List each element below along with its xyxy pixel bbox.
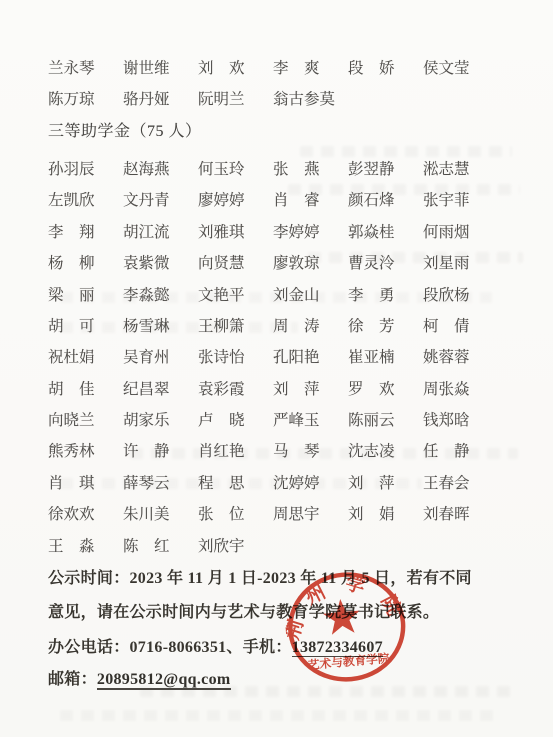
mobile-phone-link[interactable]: 13872334607 [292, 639, 383, 657]
name-row: 向晓兰胡家乐卢 晓严峰玉陈丽云钱郑晗 [48, 403, 518, 434]
student-name: 柯 倩 [423, 314, 471, 336]
name-row: 左凯欣文丹青廖婷婷肖 睿颜石烽张宇菲 [48, 184, 518, 215]
student-name: 刘 娟 [348, 502, 396, 524]
student-name: 熊秀林 [48, 439, 96, 461]
student-name: 周张焱 [423, 377, 471, 399]
student-name: 胡家乐 [123, 408, 171, 430]
student-name: 周思宇 [273, 502, 321, 524]
student-name: 张 位 [198, 502, 246, 524]
student-name: 严峰玉 [273, 408, 321, 430]
student-name: 卢 晓 [198, 408, 246, 430]
student-name: 胡江流 [123, 220, 171, 242]
student-name: 袁紫微 [123, 251, 171, 273]
name-row: 徐欢欢朱川美张 位周思宇刘 娟刘春晖 [48, 498, 518, 529]
phone-line: 办公电话：0716-8066351、手机：13872334607 [48, 631, 518, 664]
name-row: 杨 柳袁紫微向贤慧廖敦琼曹灵泠刘星雨 [48, 246, 518, 277]
student-name: 陈 红 [123, 534, 171, 556]
student-name: 陈丽云 [348, 408, 396, 430]
student-name: 杨雪琳 [123, 314, 171, 336]
name-row: 李 翔胡江流刘雅琪李婷婷郭焱桂何雨烟 [48, 215, 518, 246]
student-name-grid: 孙羽辰赵海燕何玉玲张 燕彭翌静淞志慧左凯欣文丹青廖婷婷肖 睿颜石烽张宇菲李 翔胡… [48, 152, 518, 560]
student-name: 李 勇 [348, 283, 396, 305]
phone-line-label: 办公电话：0716-8066351、手机： [48, 639, 292, 656]
notice-line-2: 意见，请在公示时间内与艺术与教育学院莫书记联系。 [48, 604, 439, 621]
student-name: 马 琴 [273, 439, 321, 461]
student-name: 廖敦琼 [273, 251, 321, 273]
student-name: 骆丹娅 [123, 87, 171, 109]
student-name: 李婷婷 [273, 220, 321, 242]
section-heading: 三等助学金（75 人） [48, 114, 518, 146]
student-name: 杨 柳 [48, 251, 96, 273]
student-name: 刘雅琪 [198, 220, 246, 242]
student-name: 曹灵泠 [348, 251, 396, 273]
student-name: 王柳箫 [198, 314, 246, 336]
student-name: 张诗怡 [198, 345, 246, 367]
student-name: 徐 芳 [348, 314, 396, 336]
name-row: 梁 丽李淼懿文艳平刘金山李 勇段欣杨 [48, 278, 518, 309]
student-name: 袁彩霞 [198, 377, 246, 399]
student-name: 梁 丽 [48, 283, 96, 305]
student-name: 肖 琪 [48, 471, 96, 493]
student-name: 侯文莹 [423, 56, 471, 78]
bleed-through-artifact [60, 710, 498, 721]
student-name: 刘 萍 [348, 471, 396, 493]
student-name: 左凯欣 [48, 188, 96, 210]
email-line: 邮箱：20895812@qq.com [48, 663, 518, 696]
name-row: 王 淼陈 红刘欣宇 [48, 529, 518, 560]
email-link[interactable]: 20895812@qq.com [97, 671, 231, 690]
intro-name-list: 兰永琴谢世维刘 欢李 爽段 娇侯文莹陈万琼骆丹娅阮明兰翁古参莫 [48, 51, 518, 114]
student-name: 何雨烟 [423, 220, 471, 242]
student-name: 陈万琼 [48, 87, 96, 109]
student-name: 姚蓉蓉 [423, 345, 471, 367]
student-name: 文艳平 [198, 283, 246, 305]
email-label: 邮箱： [48, 671, 97, 688]
student-name: 薛琴云 [123, 471, 171, 493]
name-row: 胡 可杨雪琳王柳箫周 涛徐 芳柯 倩 [48, 309, 518, 340]
scanned-document-page: 兰永琴谢世维刘 欢李 爽段 娇侯文莹陈万琼骆丹娅阮明兰翁古参莫 三等助学金（75… [0, 0, 553, 737]
student-name: 孙羽辰 [48, 157, 96, 179]
student-name: 赵海燕 [123, 157, 171, 179]
student-name: 沈志凌 [348, 439, 396, 461]
student-name: 吴育州 [123, 345, 171, 367]
student-name: 廖婷婷 [198, 188, 246, 210]
student-name: 彭翌静 [348, 157, 396, 179]
name-row: 陈万琼骆丹娅阮明兰翁古参莫 [48, 82, 518, 113]
student-name: 孔阳艳 [273, 345, 321, 367]
name-row: 胡 佳纪昌翠袁彩霞刘 萍罗 欢周张焱 [48, 372, 518, 403]
document-content: 兰永琴谢世维刘 欢李 爽段 娇侯文莹陈万琼骆丹娅阮明兰翁古参莫 三等助学金（75… [48, 51, 518, 696]
student-name: 文丹青 [123, 188, 171, 210]
student-name: 崔亚楠 [348, 345, 396, 367]
student-name: 谢世维 [123, 56, 171, 78]
student-name: 刘 欢 [198, 56, 246, 78]
student-name: 刘 萍 [273, 377, 321, 399]
student-name: 程 思 [198, 471, 246, 493]
student-name: 李淼懿 [123, 283, 171, 305]
student-name: 纪昌翠 [123, 377, 171, 399]
student-name: 张 燕 [273, 157, 321, 179]
student-name: 李 翔 [48, 220, 96, 242]
student-name: 沈婷婷 [273, 471, 321, 493]
student-name: 刘星雨 [423, 251, 471, 273]
notice-line-1: 公示时间：2023 年 11 月 1 日-2023 年 11 月 5 日，若有不… [48, 570, 472, 587]
student-name: 胡 佳 [48, 377, 96, 399]
student-name: 刘欣宇 [198, 534, 246, 556]
student-name: 何玉玲 [198, 157, 246, 179]
student-name: 周 涛 [273, 314, 321, 336]
student-name: 颜石烽 [348, 188, 396, 210]
student-name: 阮明兰 [198, 87, 246, 109]
name-row: 兰永琴谢世维刘 欢李 爽段 娇侯文莹 [48, 51, 518, 82]
student-name: 祝杜娟 [48, 345, 96, 367]
student-name: 淞志慧 [423, 157, 471, 179]
student-name: 刘金山 [273, 283, 321, 305]
name-row: 孙羽辰赵海燕何玉玲张 燕彭翌静淞志慧 [48, 152, 518, 183]
student-name: 兰永琴 [48, 56, 96, 78]
student-name: 胡 可 [48, 314, 96, 336]
student-name: 任 静 [423, 439, 471, 461]
student-name: 郭焱桂 [348, 220, 396, 242]
name-row: 熊秀林许 静肖红艳马 琴沈志凌任 静 [48, 435, 518, 466]
student-name: 肖 睿 [273, 188, 321, 210]
student-name: 钱郑晗 [423, 408, 471, 430]
student-name: 罗 欢 [348, 377, 396, 399]
student-name: 许 静 [123, 439, 171, 461]
student-name: 朱川美 [123, 502, 171, 524]
student-name: 王 淼 [48, 534, 96, 556]
student-name: 翁古参莫 [273, 87, 321, 109]
student-name: 向晓兰 [48, 408, 96, 430]
student-name: 段 娇 [348, 56, 396, 78]
student-name: 向贤慧 [198, 251, 246, 273]
student-name: 李 爽 [273, 56, 321, 78]
student-name: 王春会 [423, 471, 471, 493]
student-name: 肖红艳 [198, 439, 246, 461]
name-row: 肖 琪薛琴云程 思沈婷婷刘 萍王春会 [48, 466, 518, 497]
notice-paragraph: 公示时间：2023 年 11 月 1 日-2023 年 11 月 5 日，若有不… [48, 562, 518, 630]
student-name: 徐欢欢 [48, 502, 96, 524]
student-name: 刘春晖 [423, 502, 471, 524]
name-row: 祝杜娟吴育州张诗怡孔阳艳崔亚楠姚蓉蓉 [48, 341, 518, 372]
student-name: 张宇菲 [423, 188, 471, 210]
student-name: 段欣杨 [423, 283, 471, 305]
